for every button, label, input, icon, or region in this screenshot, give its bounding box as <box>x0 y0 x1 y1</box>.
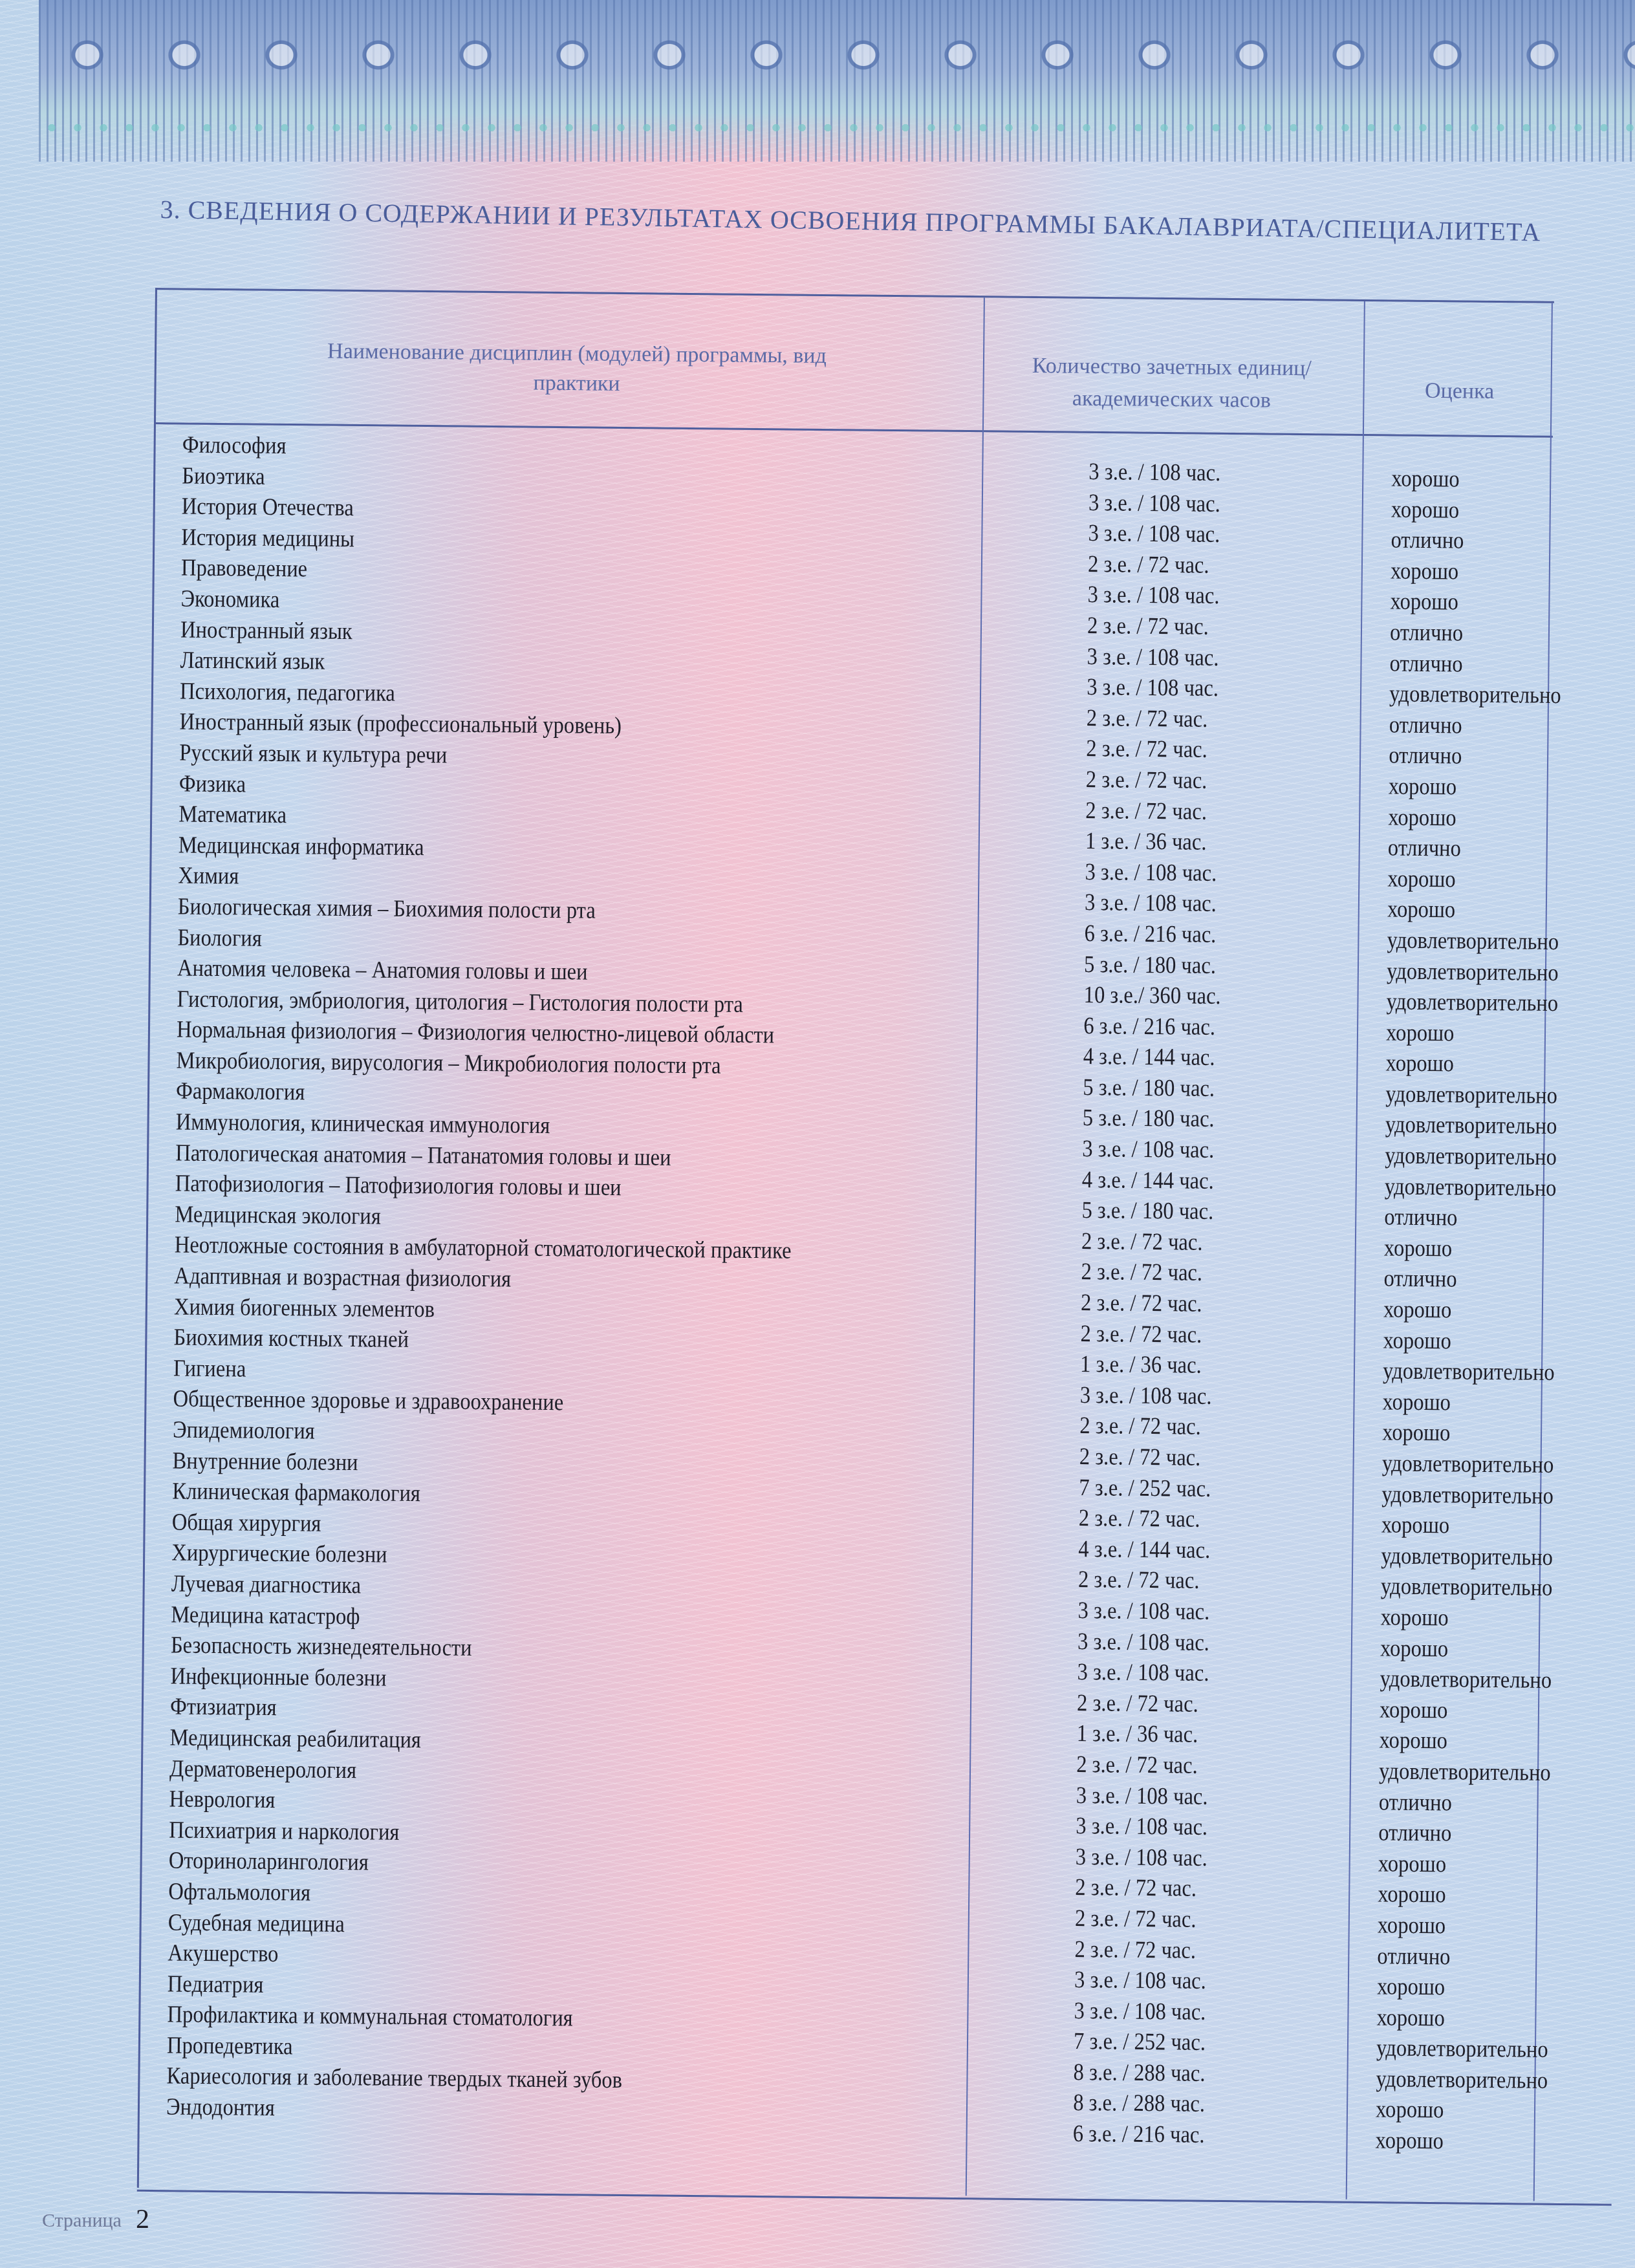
discipline-name: Фармакология <box>176 1079 305 1106</box>
section-title: 3. СВЕДЕНИЯ О СОДЕРЖАНИИ И РЕЗУЛЬТАТАХ О… <box>160 194 1635 249</box>
column-header-discipline: Наименование дисциплин (модулей) програм… <box>285 336 868 402</box>
table-bottom-border <box>137 2190 1612 2206</box>
discipline-name: Физика <box>179 771 246 797</box>
discipline-name: История медицины <box>181 524 354 552</box>
column-header-credits: Количество зачетных единиц/академических… <box>997 350 1347 418</box>
discipline-name: Гистология, эмбриология, цитология – Гис… <box>177 986 743 1017</box>
discipline-name: Дерматовенерология <box>169 1756 356 1784</box>
discipline-name: Адаптивная и возрастная физиология <box>174 1264 511 1293</box>
discipline-name: Медицина катастроф <box>171 1602 360 1630</box>
dot-ornament-row <box>39 113 1635 142</box>
discipline-name: Психиатрия и наркология <box>169 1817 400 1845</box>
discipline-name: Экономика <box>180 587 279 613</box>
discipline-name: Акушерство <box>168 1941 278 1968</box>
discipline-name: История Отечества <box>182 494 354 522</box>
page-number: 2 <box>136 2204 149 2235</box>
table-body: Философия3 з.е. / 108 час.хорошоБиоэтика… <box>127 432 1631 2139</box>
discipline-name: Иностранный язык <box>180 617 352 645</box>
discipline-name: Биоэтика <box>182 463 265 490</box>
discipline-name: Патофизиология – Патофизиология головы и… <box>175 1171 622 1202</box>
discipline-name: Педиатрия <box>168 1971 264 1998</box>
credits-value: 6 з.е. / 216 час. <box>1073 2121 1205 2148</box>
discipline-name: Судебная медицина <box>168 1910 345 1938</box>
discipline-name: Неотложные состояния в амбулаторной стом… <box>175 1233 792 1264</box>
discipline-name: Эндодонтия <box>166 2095 275 2122</box>
discipline-name: Офтальмология <box>168 1879 310 1906</box>
discipline-name: Общественное здоровье и здравоохранение <box>173 1387 563 1416</box>
discipline-name: Оториноларингология <box>169 1848 369 1876</box>
discipline-name: Медицинская реабилитация <box>169 1725 421 1753</box>
discipline-name: Математика <box>179 802 287 829</box>
diamond-ornament-row <box>39 13 1635 97</box>
discipline-name: Иммунология, клиническая иммунология <box>176 1110 550 1139</box>
discipline-name: Клиническая фармакология <box>172 1479 420 1507</box>
grade-value: хорошо <box>1376 2128 1444 2154</box>
discipline-name: Медицинская информатика <box>179 832 424 861</box>
discipline-name: Безопасность жизнедеятельности <box>171 1633 472 1661</box>
discipline-name: Инфекционные болезни <box>170 1663 386 1691</box>
discipline-name: Пропедевтика <box>167 2033 293 2060</box>
discipline-name: Психология, педагогика <box>180 678 395 706</box>
discipline-name: Биология <box>177 925 262 951</box>
discipline-name: Патологическая анатомия – Патанатомия го… <box>175 1140 671 1171</box>
discipline-name: Анатомия человека – Анатомия головы и ше… <box>177 956 588 986</box>
discipline-name: Медицинская экология <box>175 1202 381 1229</box>
column-header-grade: Оценка <box>1372 376 1546 407</box>
discipline-name: Профилактика и коммунальная стоматология <box>167 2002 573 2032</box>
page-label: Страница <box>42 2210 122 2232</box>
decorative-guilloche-band <box>39 0 1635 162</box>
discipline-name: Философия <box>182 433 287 460</box>
discipline-name: Неврология <box>169 1787 276 1814</box>
discipline-name: Иностранный язык (профессиональный урове… <box>180 709 622 740</box>
discipline-name: Биологическая химия – Биохимия полости р… <box>178 894 596 923</box>
discipline-name: Лучевая диагностика <box>171 1571 361 1599</box>
discipline-name: Общая хирургия <box>172 1509 321 1537</box>
discipline-name: Фтизиатрия <box>170 1694 277 1722</box>
discipline-name: Правоведение <box>181 556 308 583</box>
discipline-name: Нормальная физиология – Физиология челюс… <box>177 1017 774 1049</box>
discipline-name: Эпидемиология <box>173 1418 315 1445</box>
discipline-name: Микробиология, вирусология – Микробиолог… <box>176 1048 720 1079</box>
discipline-name: Латинский язык <box>180 648 325 675</box>
discipline-name: Русский язык и культура речи <box>179 740 447 768</box>
discipline-name: Биохимия костных тканей <box>173 1325 409 1353</box>
discipline-name: Химия <box>178 863 239 890</box>
discipline-name: Кариесология и заболевание твердых ткане… <box>166 2064 622 2094</box>
discipline-name: Внутренние болезни <box>173 1448 358 1476</box>
discipline-name: Гигиена <box>173 1355 246 1382</box>
discipline-name: Хирургические болезни <box>171 1540 387 1568</box>
discipline-name: Химия биогенных элементов <box>174 1294 435 1323</box>
